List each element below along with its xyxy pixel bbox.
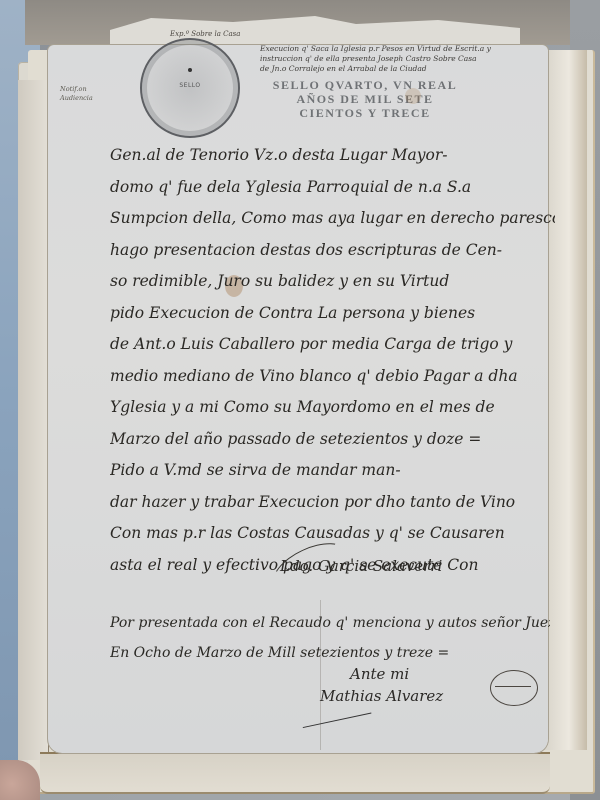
body-line: Pido a V.md se sirva de mandar man- bbox=[110, 455, 555, 487]
margin-note-line: Audiencia bbox=[60, 94, 130, 103]
body-line: Sumpcion della, Como mas aya lugar en de… bbox=[110, 203, 555, 235]
margin-note: Notif.on Audiencia bbox=[60, 85, 130, 103]
body-line: domo q' fue dela Yglesia Parroquial de n… bbox=[110, 172, 555, 204]
closing-line: En Ocho de Marzo de Mill setezientos y t… bbox=[110, 638, 550, 668]
body-line: dar hazer y trabar Execucion por dho tan… bbox=[110, 487, 555, 519]
body-line: medio mediano de Vino blanco q' debio Pa… bbox=[110, 361, 555, 393]
body-line: hago presentacion destas dos escripturas… bbox=[110, 235, 555, 267]
header-note-line: instruccion q' de ella presenta Joseph C… bbox=[260, 54, 540, 64]
printed-header-line: SELLO QVARTO, VN REAL bbox=[245, 78, 485, 92]
body-line: Gen.al de Tenorio Vz.o desta Lugar Mayor… bbox=[110, 140, 555, 172]
margin-note-line: Notif.on bbox=[60, 85, 130, 94]
body-line: Yglesia y a mi Como su Mayordomo en el m… bbox=[110, 392, 555, 424]
body-line: so redimible, Juro su balidez y en su Vi… bbox=[110, 266, 555, 298]
stamp-text: SELLO bbox=[148, 82, 232, 89]
stamp-center-dot bbox=[188, 68, 192, 72]
closing-decree: Por presentada con el Recaudo q' mencion… bbox=[110, 608, 550, 668]
header-note-line: Execucion q' Saca la Iglesia p.r Pesos e… bbox=[260, 44, 540, 54]
header-note: Execucion q' Saca la Iglesia p.r Pesos e… bbox=[260, 44, 540, 74]
closing-line: Por presentada con el Recaudo q' mencion… bbox=[110, 608, 550, 638]
body-line: pido Execucion de Contra La persona y bi… bbox=[110, 298, 555, 330]
manuscript-body: Gen.al de Tenorio Vz.o desta Lugar Mayor… bbox=[110, 140, 555, 581]
top-label: Exp.º Sobre la Casa bbox=[170, 30, 240, 38]
body-line: Marzo del año passado de setezientos y d… bbox=[110, 424, 555, 456]
official-seal-stamp: SELLO bbox=[140, 38, 240, 138]
folded-bottom-edge bbox=[40, 752, 550, 794]
header-note-line: de Jn.o Corralejo en el Arrabal de la Ci… bbox=[260, 64, 540, 74]
ink-stain bbox=[405, 88, 421, 104]
body-line: de Ant.o Luis Caballero por media Carga … bbox=[110, 329, 555, 361]
printed-header-line: CIENTOS Y TRECE bbox=[245, 106, 485, 120]
folded-edge-left bbox=[18, 80, 49, 760]
signature-ante-mi: Ante mi bbox=[350, 665, 409, 683]
rubric-oval-flourish bbox=[490, 670, 538, 706]
printed-stamp-header: SELLO QVARTO, VN REAL AÑOS DE MIL SETE C… bbox=[245, 78, 485, 120]
printed-header-line: AÑOS DE MIL SETE bbox=[245, 92, 485, 106]
